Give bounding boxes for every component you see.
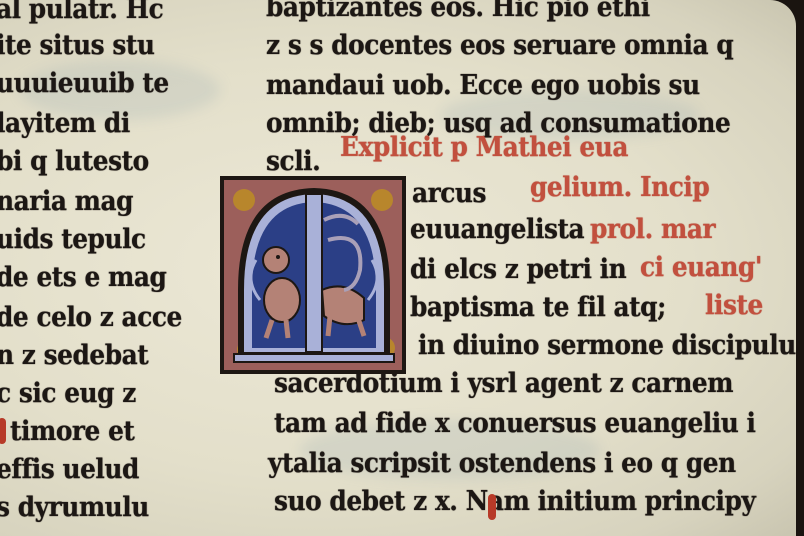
rubric-line: Explicit p Mathei eua [340, 132, 628, 163]
text-line: euuangelista [410, 214, 584, 245]
rubric-line: gelium. Incip [530, 172, 709, 203]
text-line: uuuieuuib te [0, 68, 169, 99]
rubric-line: ci euang' [640, 252, 762, 283]
text-line: bi q lutesto [0, 146, 149, 177]
text-line: c sic eug z [0, 378, 136, 409]
text-line: arcus [412, 178, 486, 209]
historiated-initial [220, 176, 406, 374]
text-line: naria mag [0, 186, 133, 217]
manuscript-page: al pulatr. Hc ite situs stu uuuieuuib te… [0, 0, 796, 536]
text-line: in diuino sermone discipulus [418, 330, 796, 361]
text-line: effis uelud [0, 454, 139, 485]
text-line: di elcs z petri in [410, 254, 626, 285]
text-line: ytalia scripsit ostendens i eo q gen [268, 448, 736, 479]
text-line: suo debet z x. Nam initium principy [274, 486, 755, 517]
text-line: layitem di [0, 108, 130, 139]
lion-initial-m-icon [224, 180, 402, 370]
text-line: de celo z acce [0, 302, 182, 333]
text-line: tam ad fide x conuersus euangeliu i [274, 408, 756, 439]
rubric-paragraph-mark [0, 418, 6, 444]
text-line: z s s docentes eos seruare omnia q [266, 30, 733, 61]
text-line: baptisma te fil atq; [410, 292, 666, 323]
text-line: ite situs stu [0, 30, 154, 61]
text-line: timore et [10, 416, 134, 447]
text-line: al pulatr. Hc [0, 0, 163, 25]
text-line: s dyrumulu [0, 492, 149, 523]
text-line: mandaui uob. Ecce ego uobis su [266, 70, 700, 101]
rubric-paragraph-mark [488, 494, 496, 520]
text-line: scli. [266, 146, 320, 177]
text-line: uids tepulc [0, 224, 146, 255]
rubric-line: liste [705, 290, 763, 321]
text-line: n z sedebat [0, 340, 148, 371]
text-line: de ets e mag [0, 262, 166, 293]
text-line: baptizantes eos. Hic pio ethi [266, 0, 650, 23]
rubric-line: prol. mar [590, 214, 715, 245]
